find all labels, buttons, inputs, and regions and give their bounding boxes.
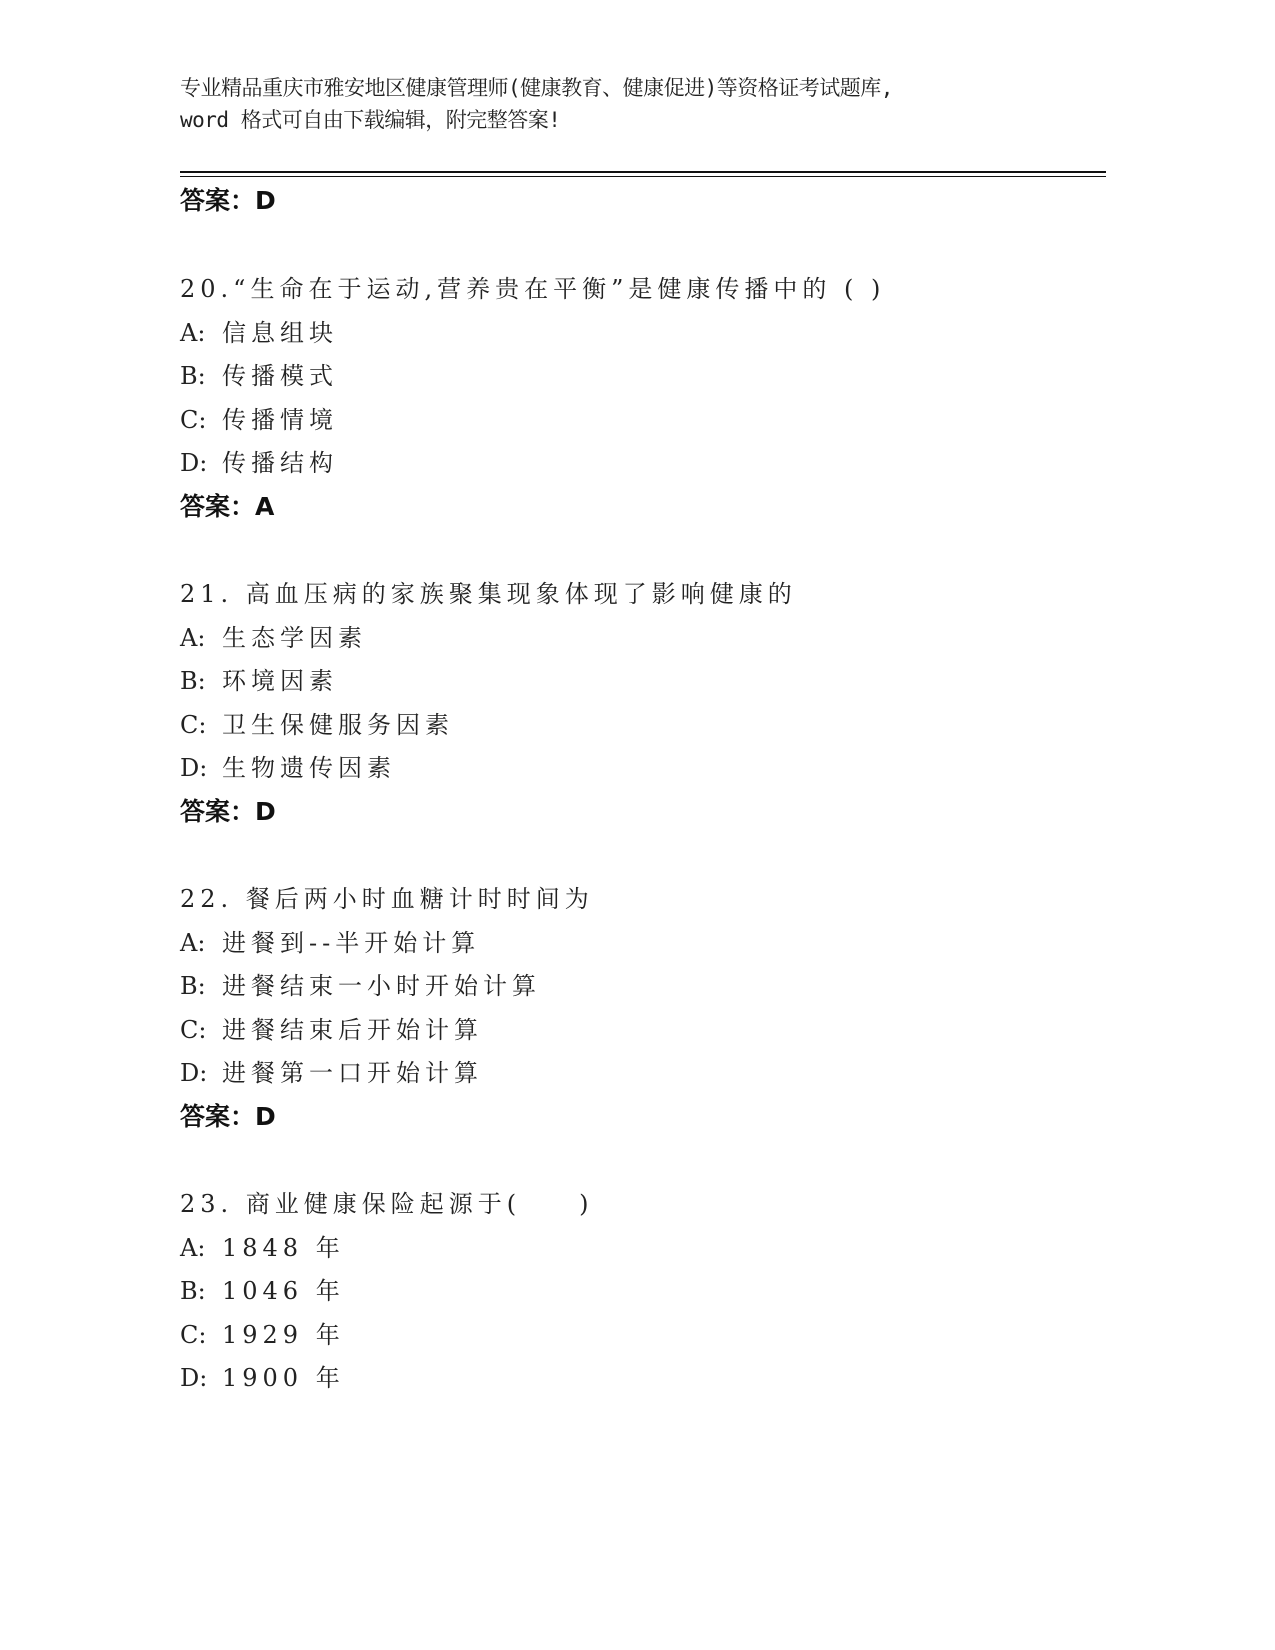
option-label: D: xyxy=(180,753,222,783)
option-c: C:进餐结束后开始计算 xyxy=(180,1015,594,1059)
option-c: C:1929 年 xyxy=(180,1320,594,1364)
option-d: D:生物遗传因素 xyxy=(180,753,797,797)
option-label: C: xyxy=(180,1015,222,1045)
option-text: 环境因素 xyxy=(222,667,338,695)
option-label: B: xyxy=(180,361,222,391)
header-divider-thick xyxy=(180,171,1106,173)
option-text: 生物遗传因素 xyxy=(222,754,396,782)
question-number: 23. xyxy=(180,1190,233,1218)
question-text: 高血压病的家族聚集现象体现了影响健康的 xyxy=(246,580,797,608)
option-text: 进餐到--半开始计算 xyxy=(222,929,480,957)
option-text: 传播模式 xyxy=(222,362,338,390)
option-a: A:生态学因素 xyxy=(180,623,797,667)
option-text: 1929 年 xyxy=(222,1321,345,1349)
header-line-2: word 格式可自由下载编辑，附完整答案! xyxy=(180,104,1110,136)
question-text: 商业健康保险起源于( ) xyxy=(246,1190,594,1218)
option-d: D:进餐第一口开始计算 xyxy=(180,1058,594,1102)
question-stem: 22. 餐后两小时血糖计时时间为 xyxy=(180,884,594,928)
header-line-1: 专业精品重庆市雅安地区健康管理师(健康教育、健康促进)等资格证考试题库, xyxy=(180,72,1110,104)
option-a: A:信息组块 xyxy=(180,318,885,362)
option-label: D: xyxy=(180,1058,222,1088)
option-c: C:传播情境 xyxy=(180,405,885,449)
option-a: A:1848 年 xyxy=(180,1233,594,1277)
question-23: 23. 商业健康保险起源于( ) A:1848 年 B:1046 年 C:192… xyxy=(180,1189,594,1407)
option-text: 传播结构 xyxy=(222,449,338,477)
question-22: 22. 餐后两小时血糖计时时间为 A:进餐到--半开始计算 B:进餐结束一小时开… xyxy=(180,884,594,1146)
answer: 答案：A xyxy=(180,492,885,536)
option-label: A: xyxy=(180,1233,222,1263)
option-label: C: xyxy=(180,1320,222,1350)
option-a: A:进餐到--半开始计算 xyxy=(180,928,594,972)
option-label: D: xyxy=(180,1363,222,1393)
option-text: 传播情境 xyxy=(222,406,338,434)
header-divider-thin xyxy=(180,176,1106,177)
question-number: 21. xyxy=(180,580,233,608)
question-number: 22. xyxy=(180,885,233,913)
option-label: A: xyxy=(180,928,222,958)
answer: 答案：D xyxy=(180,797,797,841)
option-label: C: xyxy=(180,710,222,740)
option-b: B:1046 年 xyxy=(180,1276,594,1320)
question-stem: 23. 商业健康保险起源于( ) xyxy=(180,1189,594,1233)
option-text: 生态学因素 xyxy=(222,624,367,652)
option-text: 进餐第一口开始计算 xyxy=(222,1059,483,1087)
option-b: B:传播模式 xyxy=(180,361,885,405)
option-label: A: xyxy=(180,318,222,348)
answer: 答案：D xyxy=(180,1102,594,1146)
option-label: D: xyxy=(180,448,222,478)
document-header: 专业精品重庆市雅安地区健康管理师(健康教育、健康促进)等资格证考试题库, wor… xyxy=(180,72,1110,136)
option-text: 进餐结束一小时开始计算 xyxy=(222,972,541,1000)
question-21: 21. 高血压病的家族聚集现象体现了影响健康的 A:生态学因素 B:环境因素 C… xyxy=(180,579,797,841)
option-text: 1046 年 xyxy=(222,1277,345,1305)
previous-answer: 答案：D xyxy=(180,186,276,216)
option-d: D:1900 年 xyxy=(180,1363,594,1407)
option-label: B: xyxy=(180,1276,222,1306)
option-label: B: xyxy=(180,971,222,1001)
document-page: 专业精品重庆市雅安地区健康管理师(健康教育、健康促进)等资格证考试题库, wor… xyxy=(0,0,1275,1650)
option-text: 1900 年 xyxy=(222,1364,345,1392)
option-text: 进餐结束后开始计算 xyxy=(222,1016,483,1044)
question-stem: 21. 高血压病的家族聚集现象体现了影响健康的 xyxy=(180,579,797,623)
option-b: B:进餐结束一小时开始计算 xyxy=(180,971,594,1015)
option-b: B:环境因素 xyxy=(180,666,797,710)
option-text: 信息组块 xyxy=(222,319,338,347)
question-20: 20.“生命在于运动,营养贵在平衡”是健康传播中的 ( ) A:信息组块 B:传… xyxy=(180,274,885,536)
option-text: 1848 年 xyxy=(222,1234,345,1262)
question-stem: 20.“生命在于运动,营养贵在平衡”是健康传播中的 ( ) xyxy=(180,274,885,318)
option-label: A: xyxy=(180,623,222,653)
question-text: 餐后两小时血糖计时时间为 xyxy=(246,885,594,913)
option-c: C:卫生保健服务因素 xyxy=(180,710,797,754)
question-number: 20. xyxy=(180,275,233,303)
option-label: C: xyxy=(180,405,222,435)
option-text: 卫生保健服务因素 xyxy=(222,711,454,739)
question-text: “生命在于运动,营养贵在平衡”是健康传播中的 ( ) xyxy=(233,275,885,303)
option-d: D:传播结构 xyxy=(180,448,885,492)
option-label: B: xyxy=(180,666,222,696)
